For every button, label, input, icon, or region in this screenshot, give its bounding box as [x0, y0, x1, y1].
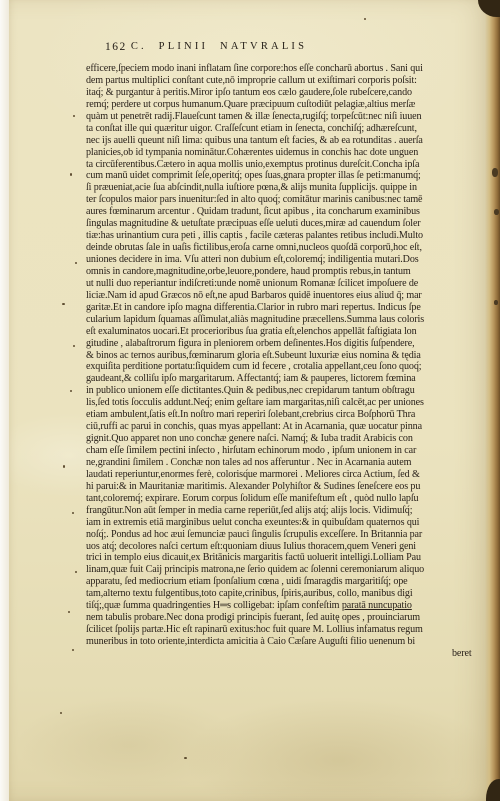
ink-speck	[364, 18, 366, 20]
text-line: cum manū uidet comprimit ſeſe,operitq́; …	[86, 170, 490, 182]
text-line: cularium lapidum ſquamas aſſimulat,aliàs…	[86, 314, 490, 326]
text-line: nem tabulis probare.Nec dona prodigi pri…	[86, 612, 490, 624]
text-line: lis,ſed totis ſocculis addunt.Neq́; enim…	[86, 397, 490, 409]
text-line: ne,grandini ſimilem . Conchæ non tales a…	[86, 457, 490, 469]
edge-mark	[492, 168, 498, 177]
text-line: tant,coloremq́; expirare. Eorum corpus ſ…	[86, 493, 490, 505]
page-header: 162 C. PLINII NATVRALIS	[9, 41, 500, 55]
text-line: ſi præueniat,acie ſua abſcindit,nulla iu…	[86, 182, 490, 194]
text-line: linam,quæ fuit Caij principis matrona,ne…	[86, 564, 490, 576]
edge-mark	[494, 300, 498, 305]
ink-speck	[72, 512, 74, 514]
text-line: exquiſita perditione portatu:ſiquidem cu…	[86, 361, 490, 373]
text-line: eſt exaluminatos uocari.Et procerioribus…	[86, 326, 490, 338]
text-line: apparatu, ſed mediocrium etiam ſponſaliu…	[86, 576, 490, 588]
text-line: garitæ.Et in candore ipſo magna differen…	[86, 302, 490, 314]
text-line: muneribus in toto oriente,interdicta ami…	[86, 636, 490, 648]
text-line: liciæ.Nam id apud Græcos nō eſt,ne apud …	[86, 290, 490, 302]
text-line: iam in extremis etiā marginibus uelut co…	[86, 517, 490, 529]
text-line: omnis in candore,magnitudine,orbe,leuore…	[86, 266, 490, 278]
text-line: frangūtur.Non aūt ſemper in media carne …	[86, 505, 490, 517]
text-line: etiam ambulent,ſatis eſt.In noſtro mari …	[86, 409, 490, 421]
text-line: planicies,ob id tympania nominātur.Cohær…	[86, 147, 490, 159]
text-line: itaq́; & purgantur à peritis.Miror ipſo …	[86, 87, 490, 99]
ink-speck	[60, 712, 62, 714]
ink-speck	[73, 115, 75, 117]
text-line: ſingulas magnitudine & uetuſtate præcipu…	[86, 218, 490, 230]
edge-mark	[494, 209, 499, 215]
text-line: laudati reperiuntur,enormes ferè, colori…	[86, 469, 490, 481]
scan-background-strip	[0, 0, 9, 801]
text-line: noſq́;. Pondus ad hoc æui ſemunciæ pauci…	[86, 529, 490, 541]
body-text: efficere,ſpeciem modo inani inflatam ſin…	[86, 63, 490, 667]
text-line: ta conſtat ille qui quæritur uigor. Craſ…	[86, 123, 490, 135]
text-line: tiæ:has urinantium cura peti , illis cap…	[86, 230, 490, 242]
text-line: ciū,ruffi ac parui in conchis, quas myas…	[86, 421, 490, 433]
text-line: gignit.Quo apparet non uno conchæ genere…	[86, 433, 490, 445]
book-page: 162 C. PLINII NATVRALIS efficere,ſpeciem…	[9, 0, 500, 801]
ink-speck	[68, 611, 70, 613]
text-line: uniones decidere in ima. Vſu atteri non …	[86, 254, 490, 266]
text-line: ut nulli duo reperiantur indiſcreti:unde…	[86, 278, 490, 290]
ink-blot-top-right	[478, 0, 500, 17]
text-line: nec ijs auelli queunt niſi lima: quibus …	[86, 135, 490, 147]
text-line: efficere,ſpeciem modo inani inflatam ſin…	[86, 63, 490, 75]
text-line: in publico unionem eſſe dictitantes.Quin…	[86, 385, 490, 397]
ink-speck	[63, 465, 65, 468]
text-line: & binos ac ternos auribus,fœminarum glor…	[86, 350, 490, 362]
text-line: gitudine , alabaſtrorum figura in plenio…	[86, 338, 490, 350]
text-line: aures fœminarum arcentur . Quidam tradun…	[86, 206, 490, 218]
ink-speck	[70, 173, 72, 176]
ink-speck	[62, 303, 65, 305]
ink-speck	[184, 757, 187, 759]
text-line: gaudeant,& colliſu ipſo margaritarum. Af…	[86, 373, 490, 385]
text-line: tam,alterno textu fulgentibus,toto capit…	[86, 588, 490, 600]
book-edge	[485, 0, 500, 801]
ink-speck	[75, 262, 77, 264]
text-line: hi parui:& in Mauritaniæ maritimis. Alex…	[86, 481, 490, 493]
text-line: quàm ut penetrēt radij.Flaueſcunt tamen …	[86, 111, 490, 123]
text-line: deinde obrutas ſale in uaſis fictilibus,…	[86, 242, 490, 254]
underlined-phrase: paratā nuncupatio	[342, 600, 412, 611]
ink-speck	[73, 345, 75, 347]
text-line: trici in templo eius dicauit,ex Britānic…	[86, 552, 490, 564]
text-line: beret	[86, 648, 490, 660]
text-line: tiſq́;,quæ ſumma quadringenties H═s coll…	[86, 600, 490, 612]
text-line: cham eſſe ſimilem pectini inſecto , hirſ…	[86, 445, 490, 457]
ink-speck	[72, 649, 74, 651]
text-line: ſcilicet ſpolijs partæ.Hic eſt rapinarū …	[86, 624, 490, 636]
text-line: ter ſcopulos maior pars inuenitur:ſed in…	[86, 194, 490, 206]
text-line: dem partus multiplici conſtant cute,nō i…	[86, 75, 490, 87]
running-title: C. PLINII NATVRALIS	[9, 41, 429, 52]
text-line: uos atq́; decolores naſci certum eſt:quo…	[86, 541, 490, 553]
ink-speck	[75, 571, 77, 573]
text-line: ta circūferentibus.Cætero in aqua mollis…	[86, 159, 490, 171]
ink-speck	[70, 390, 72, 392]
text-line: remq́; perdere ut corpus humanum.Quare p…	[86, 99, 490, 111]
